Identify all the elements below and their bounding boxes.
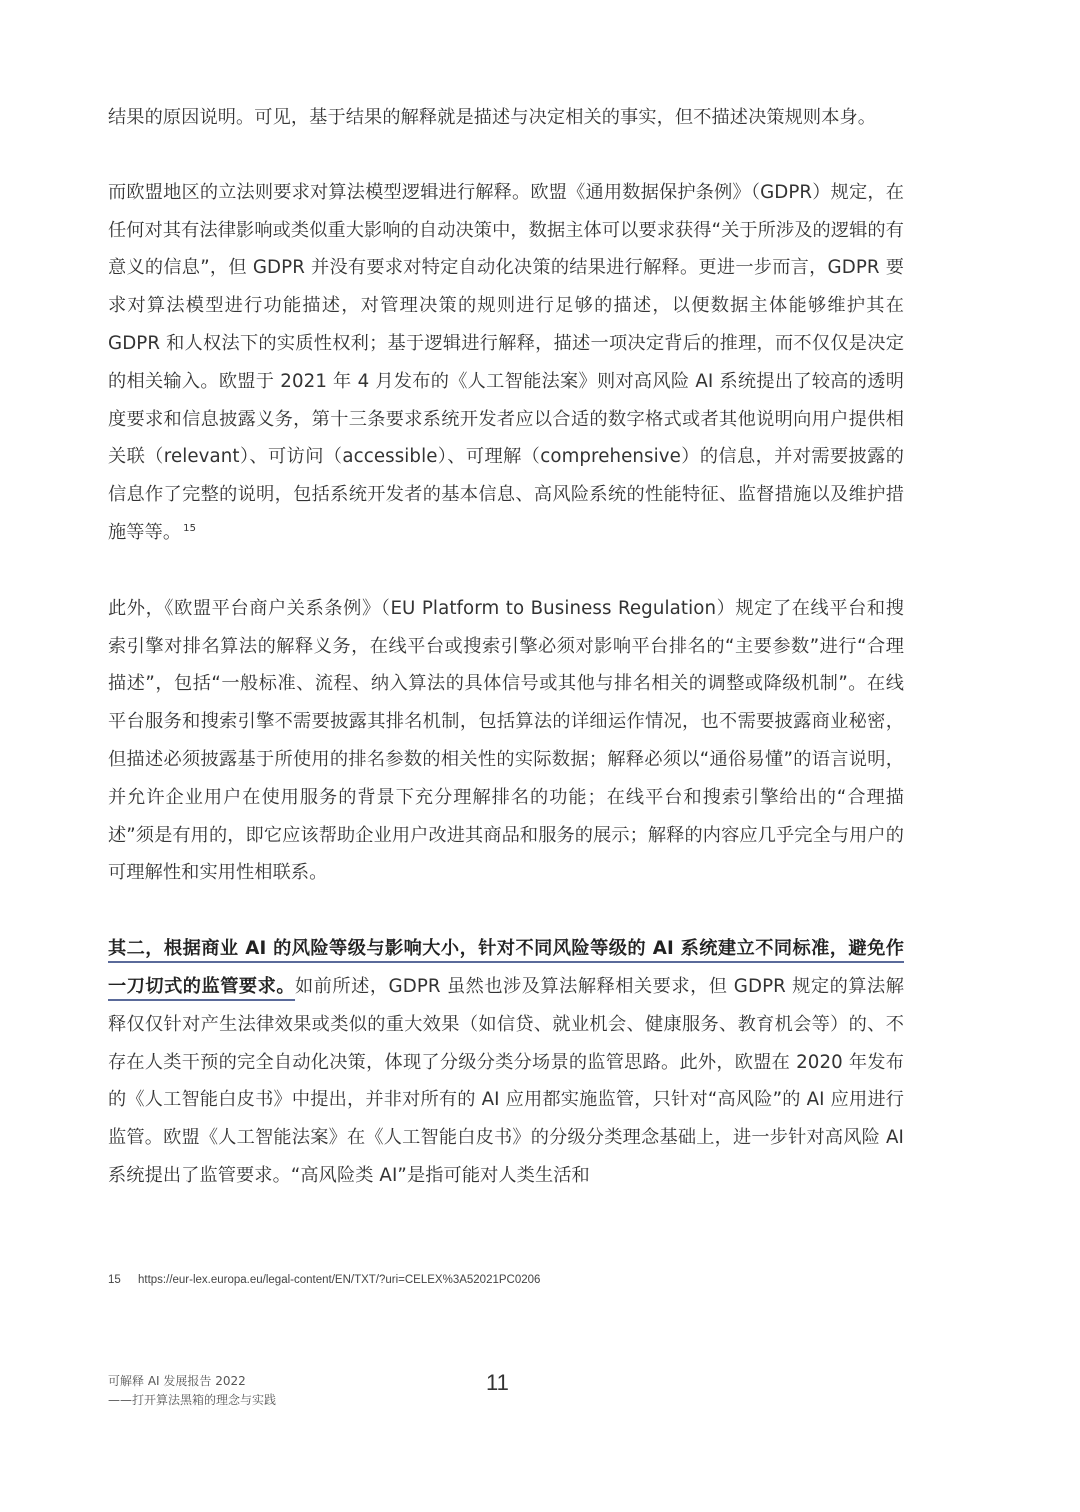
document-page: 结果的原因说明。可见，基于结果的解释就是描述与决定相关的事实，但不描述决策规则本…	[0, 0, 1080, 1512]
report-title: 可解释 AI 发展报告 2022	[108, 1372, 276, 1391]
footnote-divider	[108, 1264, 340, 1270]
paragraph-3: 此外，《欧盟平台商户关系条例》（EU Platform to Business …	[108, 590, 904, 892]
paragraph-2-text: 而欧盟地区的立法则要求对算法模型逻辑进行解释。欧盟《通用数据保护条例》（GDPR…	[108, 182, 904, 543]
paragraph-1: 结果的原因说明。可见，基于结果的解释就是描述与决定相关的事实，但不描述决策规则本…	[108, 99, 904, 137]
footer-report-title: 可解释 AI 发展报告 2022 ——打开算法黑箱的理念与实践	[108, 1372, 276, 1410]
body-text: 结果的原因说明。可见，基于结果的解释就是描述与决定相关的事实，但不描述决策规则本…	[108, 99, 904, 1233]
paragraph-1-text: 结果的原因说明。可见，基于结果的解释就是描述与决定相关的事实，但不描述决策规则本…	[108, 107, 876, 128]
paragraph-4: 其二，根据商业 AI 的风险等级与影响大小，针对不同风险等级的 AI 系统建立不…	[108, 930, 904, 1195]
paragraph-3-text: 此外，《欧盟平台商户关系条例》（EU Platform to Business …	[108, 598, 904, 884]
paragraph-4-text: 如前所述，GDPR 虽然也涉及算法解释相关要求，但 GDPR 规定的算法解释仅仅…	[108, 976, 904, 1186]
footnote-number: 15	[108, 1274, 138, 1286]
paragraph-2: 而欧盟地区的立法则要求对算法模型逻辑进行解释。欧盟《通用数据保护条例》（GDPR…	[108, 174, 904, 552]
report-subtitle: ——打开算法黑箱的理念与实践	[108, 1391, 276, 1410]
page-number: 11	[486, 1370, 509, 1396]
footnote: 15https://eur-lex.europa.eu/legal-conten…	[108, 1274, 540, 1286]
footnote-link[interactable]: https://eur-lex.europa.eu/legal-content/…	[138, 1274, 540, 1286]
footnote-reference[interactable]: 15	[183, 523, 196, 534]
